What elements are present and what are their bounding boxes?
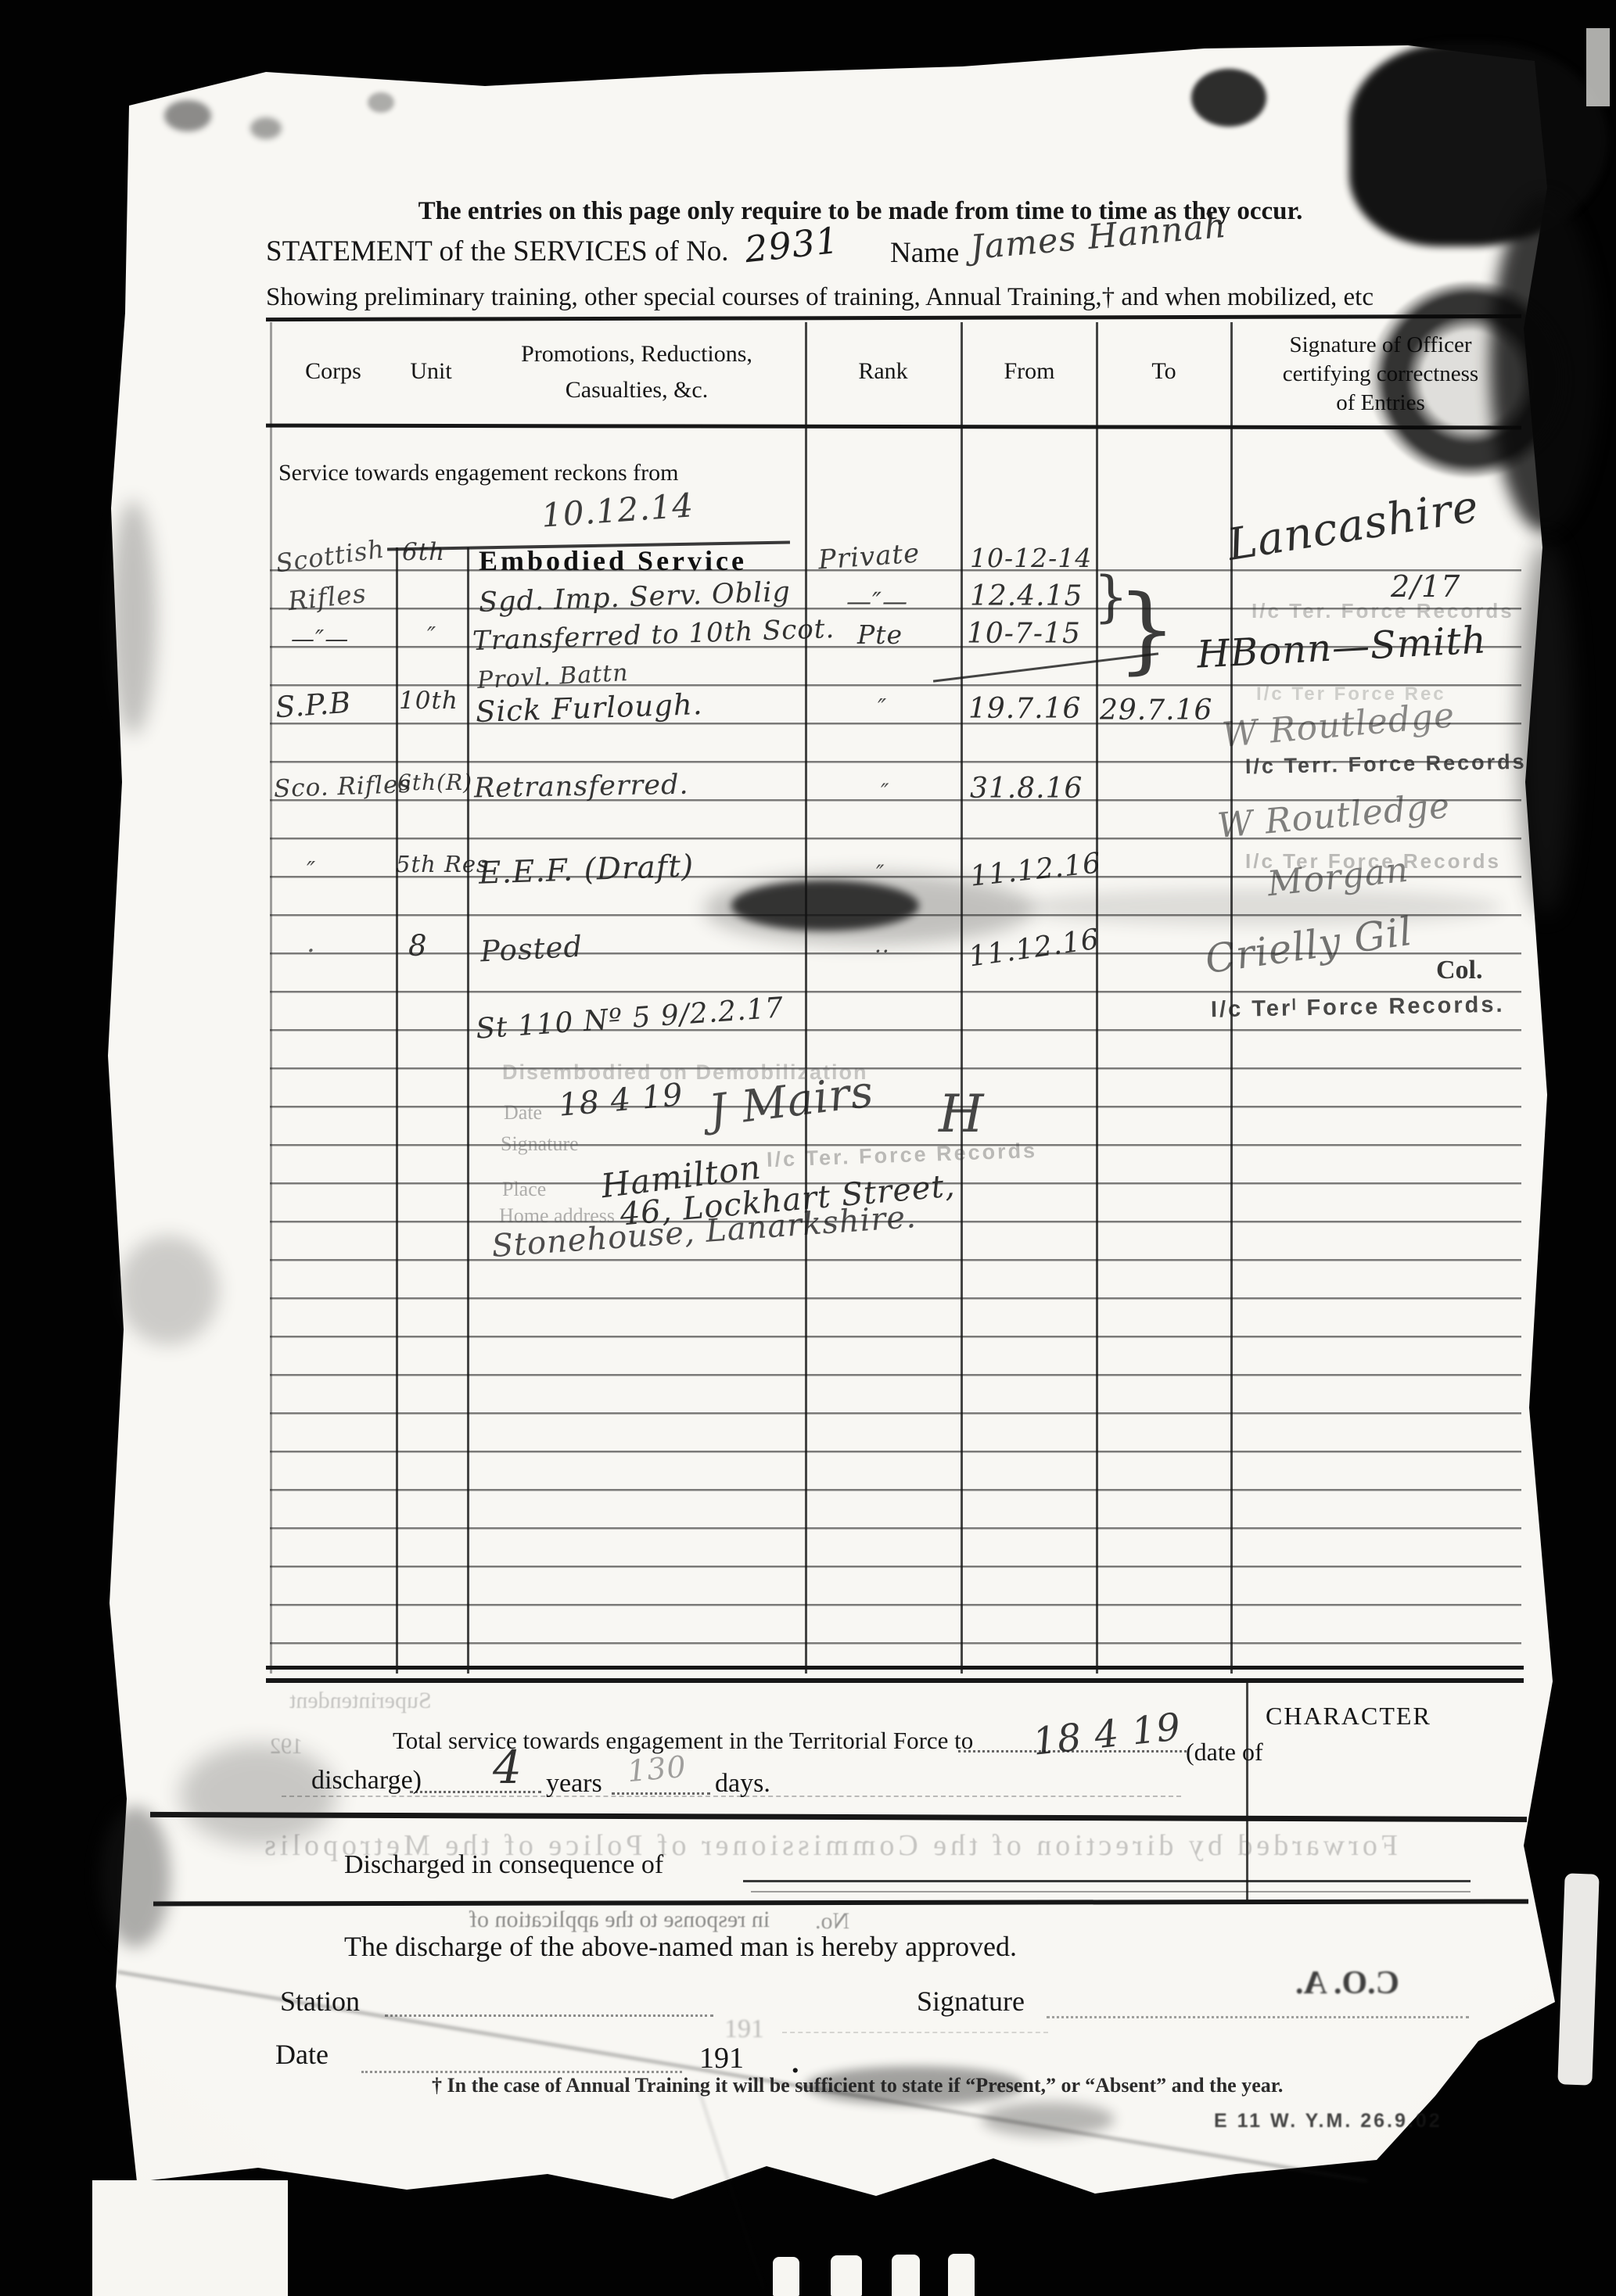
days-underline (612, 1792, 710, 1795)
colhead-to: To (1098, 358, 1230, 385)
row-corps: · (307, 935, 316, 967)
row-rank: ″ (881, 779, 889, 805)
scan-fragment-bottom-left (92, 2180, 288, 2296)
speckle-top-left-1 (164, 100, 211, 131)
page-notice: The entries on this page only require to… (336, 197, 1384, 226)
years-label: years (546, 1769, 602, 1799)
discharge-signature-label: Signature (917, 1985, 1025, 2018)
stamp-terr-force-records-1: I/c Terr. Force Records (1245, 750, 1527, 779)
days-label: days. (715, 1769, 770, 1799)
colhead-unit: Unit (396, 358, 466, 385)
punch-slot-2 (831, 2255, 862, 2296)
row-rank: Pte (857, 619, 903, 650)
row-from: 12.4.15 (970, 580, 1083, 612)
page-edge-sliver-top-right (1586, 28, 1610, 106)
page-edge-sliver-right (1557, 1873, 1599, 2085)
row-from: 19.7.16 (968, 693, 1081, 725)
bleed-superintendent: Superintendent (289, 1688, 432, 1714)
station-line (385, 2014, 713, 2017)
right-edge-smear (1519, 540, 1574, 915)
row-corps: S.P.B (275, 686, 353, 725)
row-event: Posted (479, 930, 584, 969)
demob-place-label: Place (502, 1178, 546, 1201)
totals-dotted-rule (282, 1796, 1181, 1797)
brace-large: } (1117, 576, 1177, 684)
bleed-co-mark: C.O. A. (1295, 1964, 1399, 2002)
ink-blob-top-center (1191, 69, 1266, 127)
row-from: 10-7-15 (967, 618, 1081, 650)
ink-ring-signature-header (1369, 282, 1572, 477)
reckons-label: Service towards engagement reckons from (278, 460, 678, 486)
demob-extra-mark: H (939, 1084, 985, 1144)
bottom-left-smudge-1 (180, 1744, 336, 1846)
colhead-rank: Rank (807, 358, 959, 385)
row-from: 10-12-14 (970, 543, 1092, 573)
subtitle: Showing preliminary training, other spec… (266, 283, 1580, 312)
row-unit: ″ (427, 622, 436, 650)
date-of-label: (date of (1186, 1738, 1263, 1767)
footnote-bleed-blob-1 (806, 2066, 1025, 2105)
row-event: Retransferred. (474, 770, 689, 805)
colhead-promotions-2: Casualties, &c. (469, 377, 804, 404)
row-event-embodied-stamp: Embodied Service (479, 544, 747, 577)
date-label: Date (275, 2038, 329, 2071)
total-date-underline (958, 1750, 1187, 1752)
character-box-line (1246, 1683, 1248, 1903)
character-label: CHARACTER (1266, 1702, 1431, 1731)
row-unit: 8 (408, 929, 428, 963)
demob-date-label: Date (504, 1101, 542, 1125)
punch-slot-4 (948, 2254, 975, 2296)
colhead-corps: Corps (274, 358, 393, 385)
punch-slot-1 (773, 2257, 799, 2296)
discharge-signature-line (1047, 2016, 1469, 2018)
row-from: 31.8.16 (970, 773, 1083, 805)
left-edge-smudge-2 (117, 1236, 219, 1345)
left-edge-smudge-1 (110, 500, 156, 735)
row-unit: 5th Res (396, 851, 489, 877)
bottom-left-smudge-2 (100, 1806, 171, 1947)
row-event: E.E.F. (Draft) (478, 848, 695, 891)
row-unit: 10th (399, 687, 458, 715)
statement-label: STATEMENT of the SERVICES of No. (266, 235, 729, 268)
consequence-underline-1 (743, 1880, 1471, 1882)
row-rank: ″ (878, 694, 887, 722)
row-unit: 6th(R) (397, 770, 472, 795)
rule-table-bottom-1 (266, 1666, 1524, 1670)
bleed-dotted-line (782, 2032, 1048, 2033)
ink-smudge-mid-halo (704, 873, 1032, 945)
speckle-top-left-2 (250, 117, 282, 139)
consequence-label: Discharged in consequence of (344, 1850, 663, 1880)
speckle-top-left-3 (368, 92, 394, 113)
stamp-terr-force-records-2: I/c Terˡ Force Records. (1211, 992, 1505, 1024)
printer-mark: E 11 W. Y.M. 26.9.02 (1214, 2110, 1442, 2133)
scanned-document-canvas: The entries on this page only require to… (0, 0, 1616, 2296)
years-value-handwritten: 4 (493, 1741, 523, 1794)
rule-table-bottom-2 (266, 1678, 1524, 1683)
row-corps: —″— (291, 626, 349, 653)
ink-smudge-mid-tail (1017, 888, 1502, 926)
demob-signature-label: Signature (501, 1132, 579, 1156)
signature-col-rank: Col. (1436, 956, 1483, 985)
date-line (361, 2071, 682, 2073)
colhead-from: From (964, 358, 1095, 385)
punch-slot-3 (892, 2255, 920, 2296)
name-label: Name (890, 236, 959, 270)
row-rank: —″— (846, 587, 908, 616)
approved-text: The discharge of the above-named man is … (344, 1930, 1017, 1963)
row-to: 29.7.16 (1100, 694, 1212, 726)
consequence-underline-2 (751, 1891, 1471, 1892)
bleed-response: in response to the application of (469, 1907, 770, 1933)
row-corps: ″ (307, 857, 316, 884)
colhead-promotions-1: Promotions, Reductions, (469, 341, 804, 368)
days-value-handwritten: 130 (626, 1749, 688, 1788)
bleed-191: 191 (724, 2014, 764, 2044)
row-corps: Sco. Rifles (273, 770, 411, 803)
row-unit: 6th (402, 538, 445, 566)
